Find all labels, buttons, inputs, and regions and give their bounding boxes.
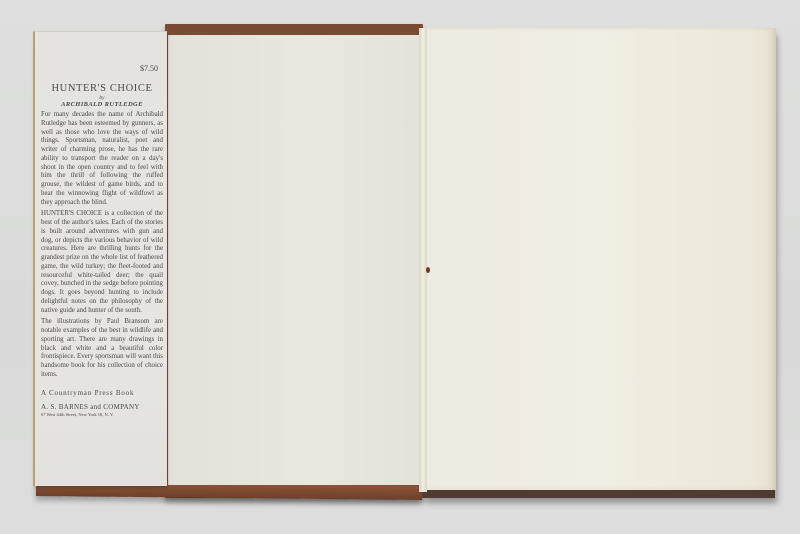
dust-jacket-flap: $7.50 HUNTER'S CHOICE by ARCHIBALD RUTLE… xyxy=(33,31,167,486)
blurb-paragraph-1: For many decades the name of Archibald R… xyxy=(41,111,163,207)
book-gutter xyxy=(419,28,427,492)
blurb-paragraph-2: HUNTER'S CHOICE is a collection of the b… xyxy=(41,210,163,315)
blurb-paragraph-3: The illustrations by Paul Bransom are no… xyxy=(41,318,163,379)
foxing-spot xyxy=(426,267,430,273)
press-line: A Countryman Press Book xyxy=(41,389,163,397)
publisher-address: 67 West 44th Street, New York 18, N. Y. xyxy=(41,412,163,417)
price: $7.50 xyxy=(41,64,163,73)
book-title: HUNTER'S CHOICE xyxy=(41,83,163,94)
right-page xyxy=(426,28,776,490)
publisher-name: A. S. BARNES and COMPANY xyxy=(41,403,163,411)
endpaper-left xyxy=(168,35,420,485)
author-name: ARCHIBALD RUTLEDGE xyxy=(41,101,163,108)
